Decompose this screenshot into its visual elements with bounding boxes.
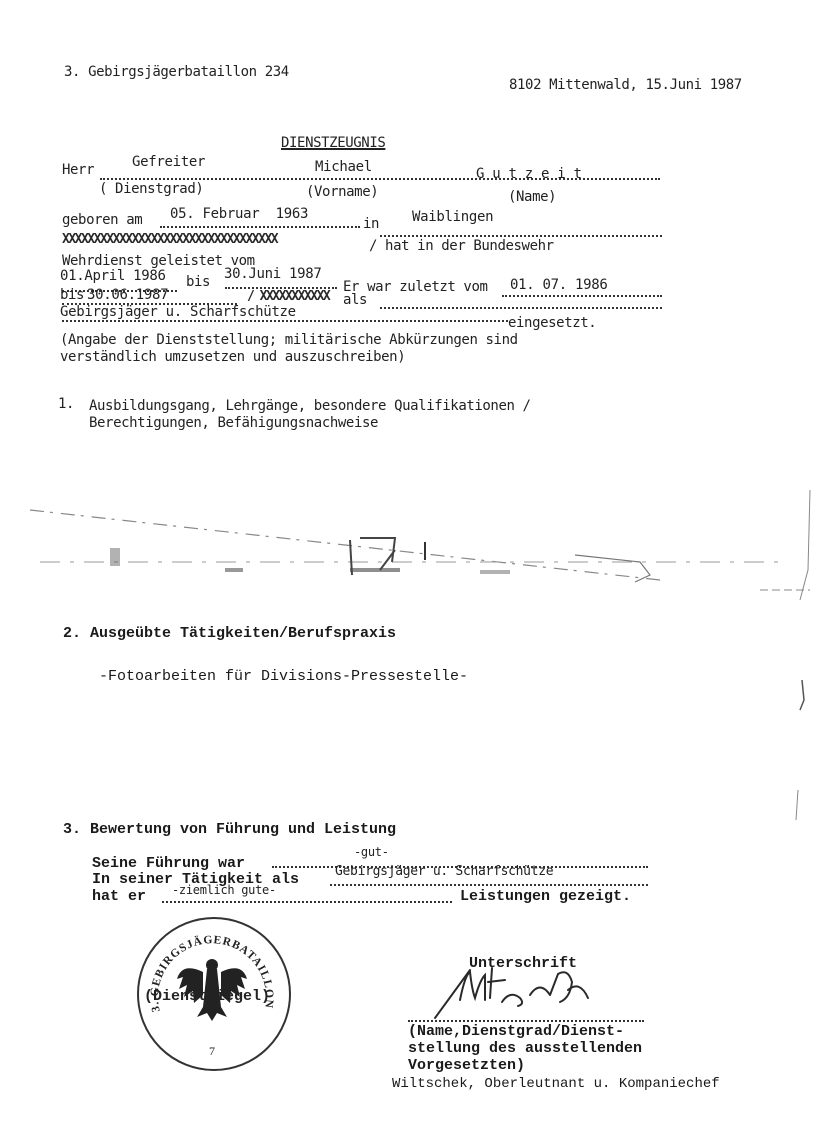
last-name-label: (Name) <box>508 189 556 205</box>
birth-date-value: 05. Februar 1963 <box>170 206 308 222</box>
conduct-label: Seine Führung war <box>92 855 245 872</box>
als-label: als <box>343 292 367 308</box>
struck-out-text: XXXXXXXXXXXXXXXXXXXXXXXXXXXXXXXXXX <box>62 232 277 247</box>
section-1-number: 1. <box>58 396 74 412</box>
first-name-value: Michael <box>315 159 372 175</box>
last-to-date: 30.06.1987 <box>87 287 168 303</box>
last-to-prefix: bis <box>60 287 84 303</box>
first-name-label: (Vorname) <box>306 184 378 200</box>
activity-dotted-line <box>330 884 648 886</box>
section-3-title: 3. Bewertung von Führung und Leistung <box>63 821 396 838</box>
service-to-date: 30.Juni 1987 <box>224 266 322 282</box>
name-dotted-line <box>100 178 660 180</box>
rank-value: Gefreiter <box>132 154 205 170</box>
born-label: geboren am <box>62 212 142 228</box>
note-line-1: (Angabe der Dienststellung; militärische… <box>60 332 518 348</box>
served-line: / hat in der Bundeswehr <box>369 238 554 254</box>
salutation: Herr <box>62 162 94 178</box>
eingesetzt-label: eingesetzt. <box>508 315 596 331</box>
section-2-title: 2. Ausgeübte Tätigkeiten/Berufspraxis <box>63 625 396 642</box>
note-line-2: verständlich umzusetzen und auszuschreib… <box>60 349 405 365</box>
last-from-date: 01. 07. 1986 <box>510 277 608 293</box>
rank-label: ( Dienstgrad) <box>99 181 203 197</box>
birth-place-dotted-line <box>380 235 662 237</box>
signature-dotted-line <box>408 1020 644 1022</box>
in-label: in <box>363 216 379 232</box>
signature-caption-line-2: stellung des ausstellenden <box>408 1040 642 1057</box>
section-2-content: -Fotoarbeiten für Divisions-Pressestelle… <box>99 668 468 685</box>
performance-prefix: hat er <box>92 888 146 905</box>
activity-value: Gebirgsjäger u. Scharfschütze <box>335 864 553 879</box>
edge-tear-marks <box>780 640 820 840</box>
service-from-date: 01.April 1986 <box>60 268 166 284</box>
section-1-title-line-2: Berechtigungen, Befähigungsnachweise <box>89 415 378 431</box>
als-dotted-line <box>380 307 662 309</box>
bis-label: bis <box>186 274 210 290</box>
last-from-dotted-line <box>502 295 662 297</box>
seal-number: 7 <box>209 1044 215 1059</box>
birth-date-dotted-line <box>160 226 360 228</box>
document-title: DIENSTZEUGNIS <box>281 135 385 151</box>
seal-label: (Dienstsiegel) <box>144 988 270 1005</box>
signer-name: Wiltschek, Oberleutnant u. Kompaniechef <box>392 1076 720 1092</box>
signature-caption-line-3: Vorgesetzten) <box>408 1057 525 1074</box>
handwritten-signature <box>430 960 630 1020</box>
fold-crease-marks <box>0 490 824 620</box>
unit-name: 3. Gebirgsjägerbataillon 234 <box>64 64 289 80</box>
position-dotted-line <box>62 320 508 322</box>
performance-dotted-line <box>162 901 452 903</box>
section-1-title-line-1: Ausbildungsgang, Lehrgänge, besondere Qu… <box>89 398 531 414</box>
performance-value: -ziemlich gute- <box>172 883 276 897</box>
position-value: Gebirgsjäger u. Scharfschütze <box>60 304 296 320</box>
struck-out-text-2: / XXXXXXXXXXX <box>247 289 329 304</box>
birth-place-value: Waiblingen <box>412 209 493 225</box>
performance-suffix: Leistungen gezeigt. <box>460 888 631 905</box>
conduct-value: -gut- <box>354 845 389 859</box>
signature-caption-line-1: (Name,Dienstgrad/Dienst- <box>408 1023 624 1040</box>
place-date: 8102 Mittenwald, 15.Juni 1987 <box>509 77 742 93</box>
